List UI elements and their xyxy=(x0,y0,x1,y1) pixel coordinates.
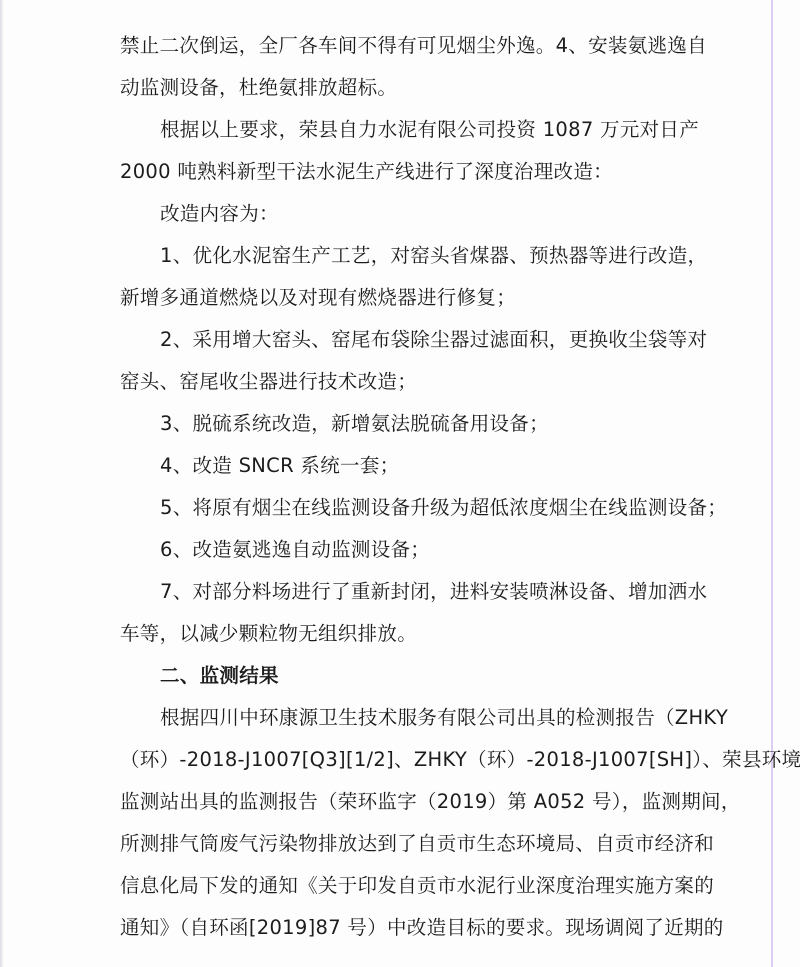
scanned-page: 禁止二次倒运，全厂各车间不得有可见烟尘外逸。4、安装氨逃逸自 动监测设备，杜绝氨… xyxy=(0,0,800,967)
list-item-1: 1、优化水泥窑生产工艺，对窑头省煤器、预热器等进行改造， xyxy=(120,235,672,277)
paragraph-investment: 根据以上要求，荣县自力水泥有限公司投资 1087 万元对日产 xyxy=(120,109,672,151)
list-item-5: 5、将原有烟尘在线监测设备升级为超低浓度烟尘在线监测设备； xyxy=(120,487,672,529)
text-line: 禁止二次倒运，全厂各车间不得有可见烟尘外逸。4、安装氨逃逸自 xyxy=(120,25,672,67)
document-body: 禁止二次倒运，全厂各车间不得有可见烟尘外逸。4、安装氨逃逸自 动监测设备，杜绝氨… xyxy=(120,25,672,949)
scan-edge xyxy=(0,0,3,967)
page-fold-line xyxy=(771,0,773,967)
section-heading-monitoring-results: 二、监测结果 xyxy=(120,655,672,697)
text-line: 所测排气筒废气污染物排放达到了自贡市生态环境局、自贡市经济和 xyxy=(120,823,672,865)
list-item-2: 2、采用增大窑头、窑尾布袋除尘器过滤面积，更换收尘袋等对 xyxy=(120,319,672,361)
text-line: 2000 吨熟料新型干法水泥生产线进行了深度治理改造： xyxy=(120,151,672,193)
list-item-1-continued: 新增多通道燃烧以及对现有燃烧器进行修复； xyxy=(120,277,672,319)
text-line: 通知》（自环函[2019]87 号）中改造目标的要求。现场调阅了近期的 xyxy=(120,907,672,949)
list-item-4: 4、改造 SNCR 系统一套； xyxy=(120,445,672,487)
paragraph-monitoring: 根据四川中环康源卫生技术服务有限公司出具的检测报告（ZHKY xyxy=(120,697,672,739)
text-line: 信息化局下发的通知《关于印发自贡市水泥行业深度治理实施方案的 xyxy=(120,865,672,907)
list-item-3: 3、脱硫系统改造，新增氨法脱硫备用设备； xyxy=(120,403,672,445)
list-item-7-continued: 车等，以减少颗粒物无组织排放。 xyxy=(120,613,672,655)
list-item-7: 7、对部分料场进行了重新封闭，进料安装喷淋设备、增加洒水 xyxy=(120,571,672,613)
renovation-intro: 改造内容为： xyxy=(120,193,672,235)
list-item-6: 6、改造氨逃逸自动监测设备； xyxy=(120,529,672,571)
list-item-2-continued: 窑头、窑尾收尘器进行技术改造； xyxy=(120,361,672,403)
text-line: （环）-2018-J1007[Q3][1/2]、ZHKY（环）-2018-J10… xyxy=(120,739,672,781)
text-line: 监测站出具的监测报告（荣环监字（2019）第 A052 号），监测期间， xyxy=(120,781,672,823)
text-line: 动监测设备，杜绝氨排放超标。 xyxy=(120,67,672,109)
